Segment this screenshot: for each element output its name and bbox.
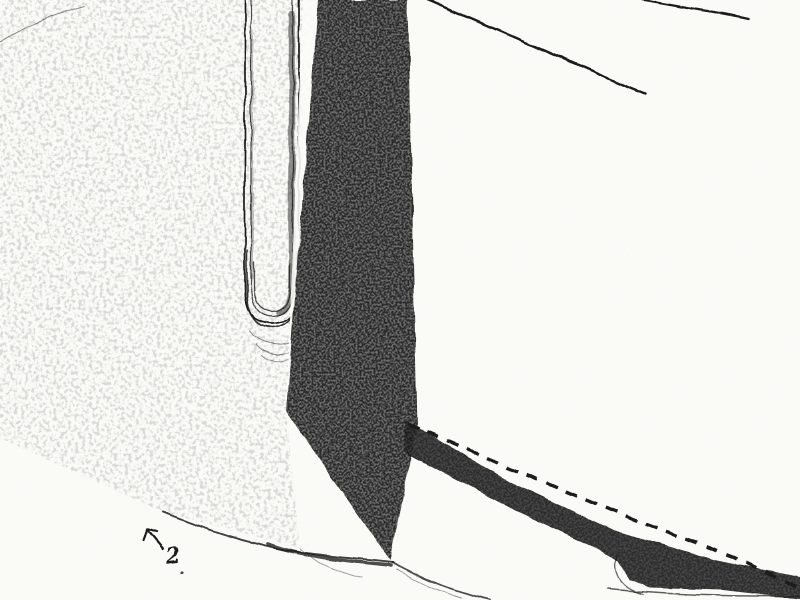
stone-texture: [0, 0, 170, 520]
stone-pillar: [158, 0, 425, 570]
sketch-drawing: 2: [0, 0, 800, 600]
left-stone-wall: [0, 0, 170, 520]
sketch-page: 2: [0, 0, 800, 600]
annotation-number: 2: [164, 542, 183, 569]
annotation-dot: [180, 571, 183, 574]
